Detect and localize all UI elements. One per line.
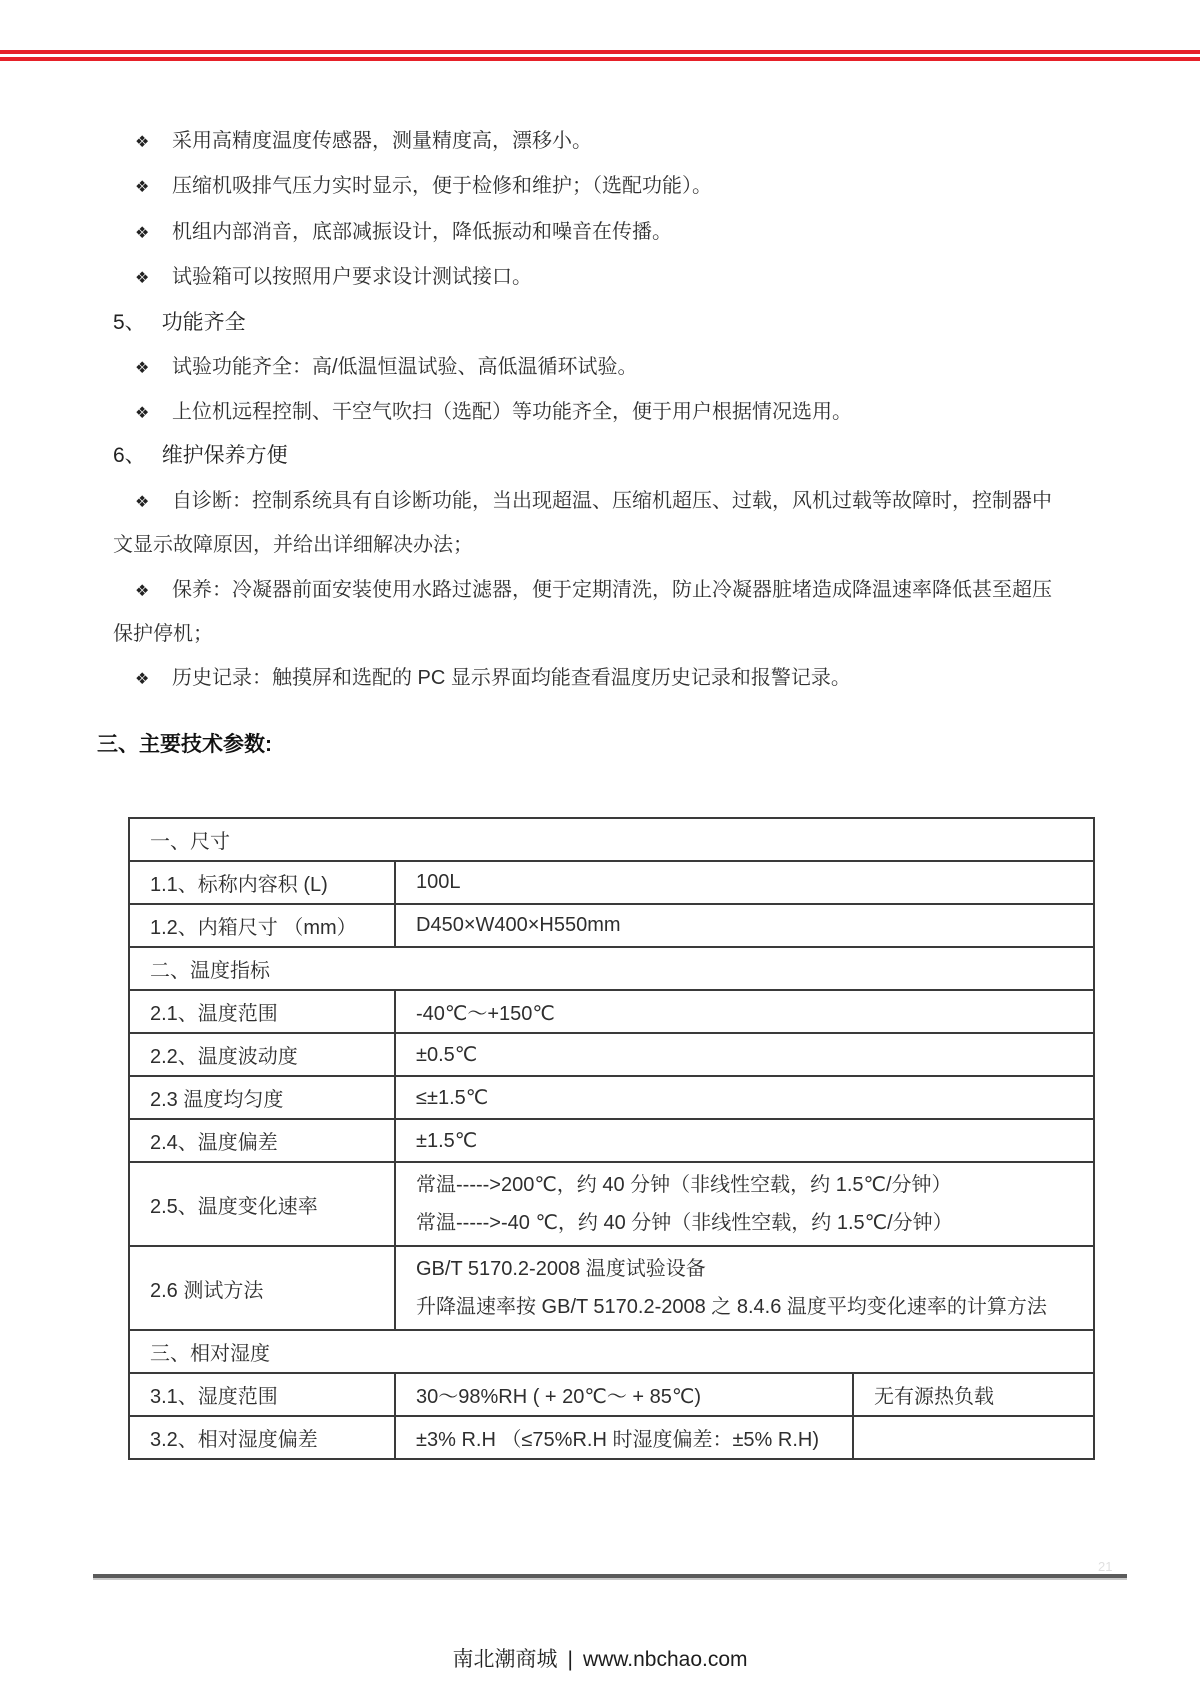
list-item-continuation: 文显示故障原因，并给出详细解决办法； bbox=[113, 530, 473, 560]
table-cell-key: 2.1、温度范围 bbox=[129, 990, 395, 1033]
table-cell-key: 2.5、温度变化速率 bbox=[129, 1162, 395, 1246]
top-rule-line-1 bbox=[0, 50, 1200, 54]
diamond-bullet-icon: ❖ bbox=[135, 173, 172, 203]
table-cell-key: 1.1、标称内容积 (L) bbox=[129, 861, 395, 904]
diamond-bullet-icon: ❖ bbox=[135, 665, 172, 695]
list-item: ❖压缩机吸排气压力实时显示，便于检修和维护；（选配功能）。 bbox=[135, 171, 712, 203]
list-item: ❖保养：冷凝器前面安装使用水路过滤器，便于定期清洗，防止冷凝器脏堵造成降温速率降… bbox=[135, 575, 1052, 607]
site-url: www.nbchao.com bbox=[583, 1648, 748, 1671]
section-5-header: 5、功能齐全 bbox=[113, 308, 246, 338]
table-cell-key: 3.2、相对湿度偏差 bbox=[129, 1416, 395, 1459]
table-cell-value: 30～98%RH ( + 20℃～ + 85℃) bbox=[395, 1373, 853, 1416]
list-item: ❖采用高精度温度传感器，测量精度高，漂移小。 bbox=[135, 126, 592, 158]
diamond-bullet-icon: ❖ bbox=[135, 264, 172, 294]
bullet-text: 文显示故障原因，并给出详细解决办法； bbox=[113, 534, 473, 556]
tech-params-heading: 三、主要技术参数: bbox=[97, 730, 272, 760]
section-number: 6、 bbox=[113, 444, 146, 467]
value-line: 常温----->-40 ℃，约 40 分钟（非线性空载，约 1.5℃/分钟） bbox=[416, 1204, 1093, 1242]
section-6-header: 6、维护保养方便 bbox=[113, 441, 288, 471]
section-title: 功能齐全 bbox=[162, 311, 246, 334]
table-cell-value: ±3% R.H （≤75%R.H 时湿度偏差：±5% R.H) bbox=[395, 1416, 853, 1459]
value-line: 常温----->200℃，约 40 分钟（非线性空载，约 1.5℃/分钟） bbox=[416, 1166, 1093, 1204]
bullet-text: 试验功能齐全：高/低温恒温试验、高低温循环试验。 bbox=[172, 356, 638, 378]
value-line: 升降温速率按 GB/T 5170.2-2008 之 8.4.6 温度平均变化速率… bbox=[416, 1288, 1093, 1326]
footer-site-line: 南北潮商城|www.nbchao.com bbox=[0, 1643, 1200, 1673]
section-number: 5、 bbox=[113, 311, 146, 334]
table-cell-note: 无有源热负载 bbox=[853, 1373, 1094, 1416]
footer-separator-bar bbox=[93, 1574, 1127, 1580]
list-item: ❖自诊断：控制系统具有自诊断功能，当出现超温、压缩机超压、过载，风机过载等故障时… bbox=[135, 486, 1052, 518]
table-cell-value: 常温----->200℃，约 40 分钟（非线性空载，约 1.5℃/分钟） 常温… bbox=[395, 1162, 1094, 1246]
group-row-label: 一、尺寸 bbox=[129, 818, 1094, 861]
table-cell-note bbox=[853, 1416, 1094, 1459]
bullet-text: 保养：冷凝器前面安装使用水路过滤器，便于定期清洗，防止冷凝器脏堵造成降温速率降低… bbox=[172, 579, 1052, 601]
list-item: ❖上位机远程控制、干空气吹扫（选配）等功能齐全，便于用户根据情况选用。 bbox=[135, 397, 852, 429]
bullet-text: 历史记录：触摸屏和选配的 PC 显示界面均能查看温度历史记录和报警记录。 bbox=[172, 667, 851, 689]
document-page: ❖采用高精度温度传感器，测量精度高，漂移小。 ❖压缩机吸排气压力实时显示，便于检… bbox=[0, 0, 1200, 1697]
table-cell-value: -40℃～+150℃ bbox=[395, 990, 1094, 1033]
bullet-text: 保护停机； bbox=[113, 623, 213, 645]
section-title: 维护保养方便 bbox=[162, 444, 288, 467]
value-line: GB/T 5170.2-2008 温度试验设备 bbox=[416, 1250, 1093, 1288]
list-item: ❖历史记录：触摸屏和选配的 PC 显示界面均能查看温度历史记录和报警记录。 bbox=[135, 663, 851, 695]
group-row-label: 二、温度指标 bbox=[129, 947, 1094, 990]
table-cell-key: 2.6 测试方法 bbox=[129, 1246, 395, 1330]
bullet-text: 机组内部消音，底部减振设计，降低振动和噪音在传播。 bbox=[172, 221, 672, 243]
diamond-bullet-icon: ❖ bbox=[135, 128, 172, 158]
bullet-text: 压缩机吸排气压力实时显示，便于检修和维护；（选配功能）。 bbox=[172, 175, 712, 197]
bullet-text: 采用高精度温度传感器，测量精度高，漂移小。 bbox=[172, 130, 592, 152]
diamond-bullet-icon: ❖ bbox=[135, 399, 172, 429]
table-cell-key: 1.2、内箱尺寸 （mm） bbox=[129, 904, 395, 947]
diamond-bullet-icon: ❖ bbox=[135, 219, 172, 249]
table-cell-value: GB/T 5170.2-2008 温度试验设备 升降温速率按 GB/T 5170… bbox=[395, 1246, 1094, 1330]
top-rule-line-2 bbox=[0, 57, 1200, 61]
table-cell-key: 2.2、温度波动度 bbox=[129, 1033, 395, 1076]
table-cell-value: 100L bbox=[395, 861, 1094, 904]
list-item-continuation: 保护停机； bbox=[113, 619, 213, 649]
list-item: ❖机组内部消音，底部减振设计，降低振动和噪音在传播。 bbox=[135, 217, 672, 249]
diamond-bullet-icon: ❖ bbox=[135, 577, 172, 607]
footer-separator: | bbox=[567, 1648, 572, 1671]
page-number-artifact: 21 bbox=[1098, 1559, 1112, 1574]
list-item: ❖试验功能齐全：高/低温恒温试验、高低温循环试验。 bbox=[135, 352, 638, 384]
table-cell-key: 3.1、湿度范围 bbox=[129, 1373, 395, 1416]
table-cell-value: ±0.5℃ bbox=[395, 1033, 1094, 1076]
table-cell-value: D450×W400×H550mm bbox=[395, 904, 1094, 947]
bullet-text: 上位机远程控制、干空气吹扫（选配）等功能齐全，便于用户根据情况选用。 bbox=[172, 401, 852, 423]
group-row-label: 三、相对湿度 bbox=[129, 1330, 1094, 1373]
bullet-text: 自诊断：控制系统具有自诊断功能，当出现超温、压缩机超压、过载，风机过载等故障时，… bbox=[172, 490, 1052, 512]
diamond-bullet-icon: ❖ bbox=[135, 354, 172, 384]
tech-params-table: 一、尺寸 1.1、标称内容积 (L) 100L 1.2、内箱尺寸 （mm） D4… bbox=[128, 817, 1095, 1460]
bullet-text: 试验箱可以按照用户要求设计测试接口。 bbox=[172, 266, 532, 288]
diamond-bullet-icon: ❖ bbox=[135, 488, 172, 518]
list-item: ❖试验箱可以按照用户要求设计测试接口。 bbox=[135, 262, 532, 294]
table-cell-key: 2.3 温度均匀度 bbox=[129, 1076, 395, 1119]
table-cell-value: ±1.5℃ bbox=[395, 1119, 1094, 1162]
table-cell-key: 2.4、温度偏差 bbox=[129, 1119, 395, 1162]
table-cell-value: ≤±1.5℃ bbox=[395, 1076, 1094, 1119]
site-name: 南北潮商城 bbox=[452, 1648, 557, 1671]
